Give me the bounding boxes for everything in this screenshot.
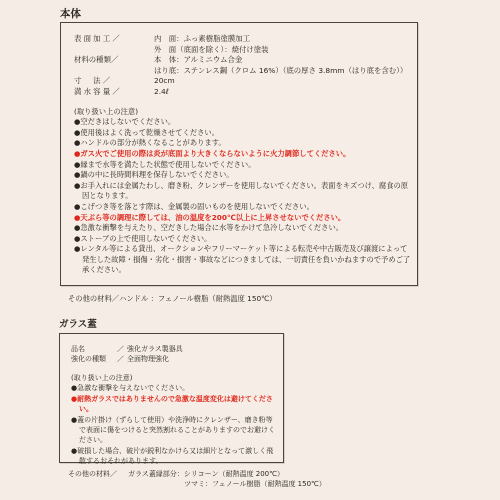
caution-note: ●こげつき等を落とす際は、金属製の固いものを使用しないでください。 — [74, 202, 414, 213]
glass-notes: (取り扱い上の注意) ●急激な衝撃を与えないでください。 ●耐熱ガラスではありま… — [71, 373, 276, 467]
caution-note: ●破損した場合、破片が鋭利なかけら又は細片となって激しく飛散するおそれがあります… — [71, 446, 276, 467]
spec-value: 外 面（底面を除く）：焼付け塗装 — [154, 45, 269, 56]
caution-note: ●ストーブの上で使用しないでください。 — [74, 234, 414, 245]
spec-value: 全面物理強化 — [127, 354, 169, 364]
other-materials-label: その他の材料／ — [68, 469, 128, 479]
caution-note: ●お手入れには金属たわし、磨き粉、クレンザーを使用しないでください。表面をキズつ… — [74, 181, 414, 202]
spec-row: はり底：ステンレス鋼（クロム 16%）（底の厚さ 3.8mm（はり底を含む）） — [74, 66, 417, 77]
spec-label: 寸 法／ — [74, 76, 154, 87]
spec-value: 内 面：ふっ素樹脂塗膜加工 — [154, 34, 250, 45]
spec-row: 強化の種類 ／ 全面物理強化 — [71, 354, 283, 364]
warning-note: ●ガス火でご使用の際は炎が底面より大きくならないように火力調節してください。 — [74, 149, 414, 160]
other-materials-line1: ガラス蓋縁部分：シリコーン（耐熱温度 200℃） — [128, 469, 284, 479]
spec-value: はり底：ステンレス鋼（クロム 16%）（底の厚さ 3.8mm（はり底を含む）） — [154, 66, 407, 77]
caution-note: ●空だきはしないでください。 — [74, 117, 414, 128]
spec-row: 表面加工／ 内 面：ふっ素樹脂塗膜加工 — [74, 34, 417, 45]
spec-value: 2.4ℓ — [154, 87, 169, 98]
notes-heading: (取り扱い上の注意) — [71, 373, 276, 383]
other-materials-line2: ツマミ：フェノール樹脂（耐熱温度 150℃） — [184, 480, 326, 488]
spec-label: 品名 — [71, 344, 117, 354]
spec-label: 強化の種類 — [71, 354, 117, 364]
caution-note: ●使用後はよく洗って乾燥させてください。 — [74, 128, 414, 139]
caution-note: ●急激な衝撃を与えないでください。 — [71, 383, 276, 393]
caution-note: ●縁まで水等を満たした状態で使用しないでください。 — [74, 160, 414, 171]
body-specs: 表面加工／ 内 面：ふっ素樹脂塗膜加工 外 面（底面を除く）：焼付け塗装 材料の… — [74, 34, 417, 98]
glass-spec-box: 品名 ／ 強化ガラス製器具 強化の種類 ／ 全面物理強化 (取り扱い上の注意) … — [59, 333, 284, 463]
glass-other-materials: その他の材料／ ガラス蓋縁部分：シリコーン（耐熱温度 200℃） ツマミ：フェノ… — [68, 469, 326, 489]
spec-label: 表面加工／ — [74, 34, 154, 45]
spec-label: 材料の種類／ — [74, 55, 154, 66]
spec-value: 20cm — [154, 76, 175, 87]
caution-note: ●ハンドルの部分が熱くなることがあります。 — [74, 138, 414, 149]
body-notes: (取り扱い上の注意) ●空だきはしないでください。 ●使用後はよく洗って乾燥させ… — [74, 107, 414, 277]
spec-row: 材料の種類／ 本 体：アルミニウム合金 — [74, 55, 417, 66]
glass-specs: 品名 ／ 強化ガラス製器具 強化の種類 ／ 全面物理強化 — [71, 344, 283, 364]
notes-heading: (取り扱い上の注意) — [74, 107, 414, 118]
warning-note: ●天ぷら等の調理に際しては、油の温度を200℃以上に上昇させないでください。 — [74, 213, 414, 224]
body-spec-box: 表面加工／ 内 面：ふっ素樹脂塗膜加工 外 面（底面を除く）：焼付け塗装 材料の… — [60, 22, 418, 286]
spec-row: 外 面（底面を除く）：焼付け塗装 — [74, 45, 417, 56]
body-other-materials: その他の材料／ハンドル ：フェノール樹脂（耐熱温度 150℃） — [68, 294, 277, 304]
spec-row: 寸 法／ 20cm — [74, 76, 417, 87]
warning-note: ●耐熱ガラスではありませんので急激な温度変化は避けてください。 — [71, 394, 276, 415]
glass-section-title: ガラス蓋 — [59, 316, 97, 330]
spec-value: 本 体：アルミニウム合金 — [154, 55, 242, 66]
spec-row: 品名 ／ 強化ガラス製器具 — [71, 344, 283, 354]
caution-note: ●鍋の中に長時間料理を保存しないでください。 — [74, 170, 414, 181]
caution-note: ●急激な衝撃を与えたり、空だきした場合に水等をかけて急冷しないでください。 — [74, 223, 414, 234]
body-section-title: 本体 — [60, 6, 81, 21]
spec-row: 満水容量／ 2.4ℓ — [74, 87, 417, 98]
caution-note: ●レンタル等による貸出、オークションやフリーマーケット等による転売や中古販売及び… — [74, 244, 414, 276]
spec-label: 満水容量／ — [74, 87, 154, 98]
spec-value: 強化ガラス製器具 — [127, 344, 183, 354]
caution-note: ●蓋の片掛け（ずらして使用）や洗浄時にクレンザー、磨き粉等で表面に傷をつけると突… — [71, 415, 276, 446]
